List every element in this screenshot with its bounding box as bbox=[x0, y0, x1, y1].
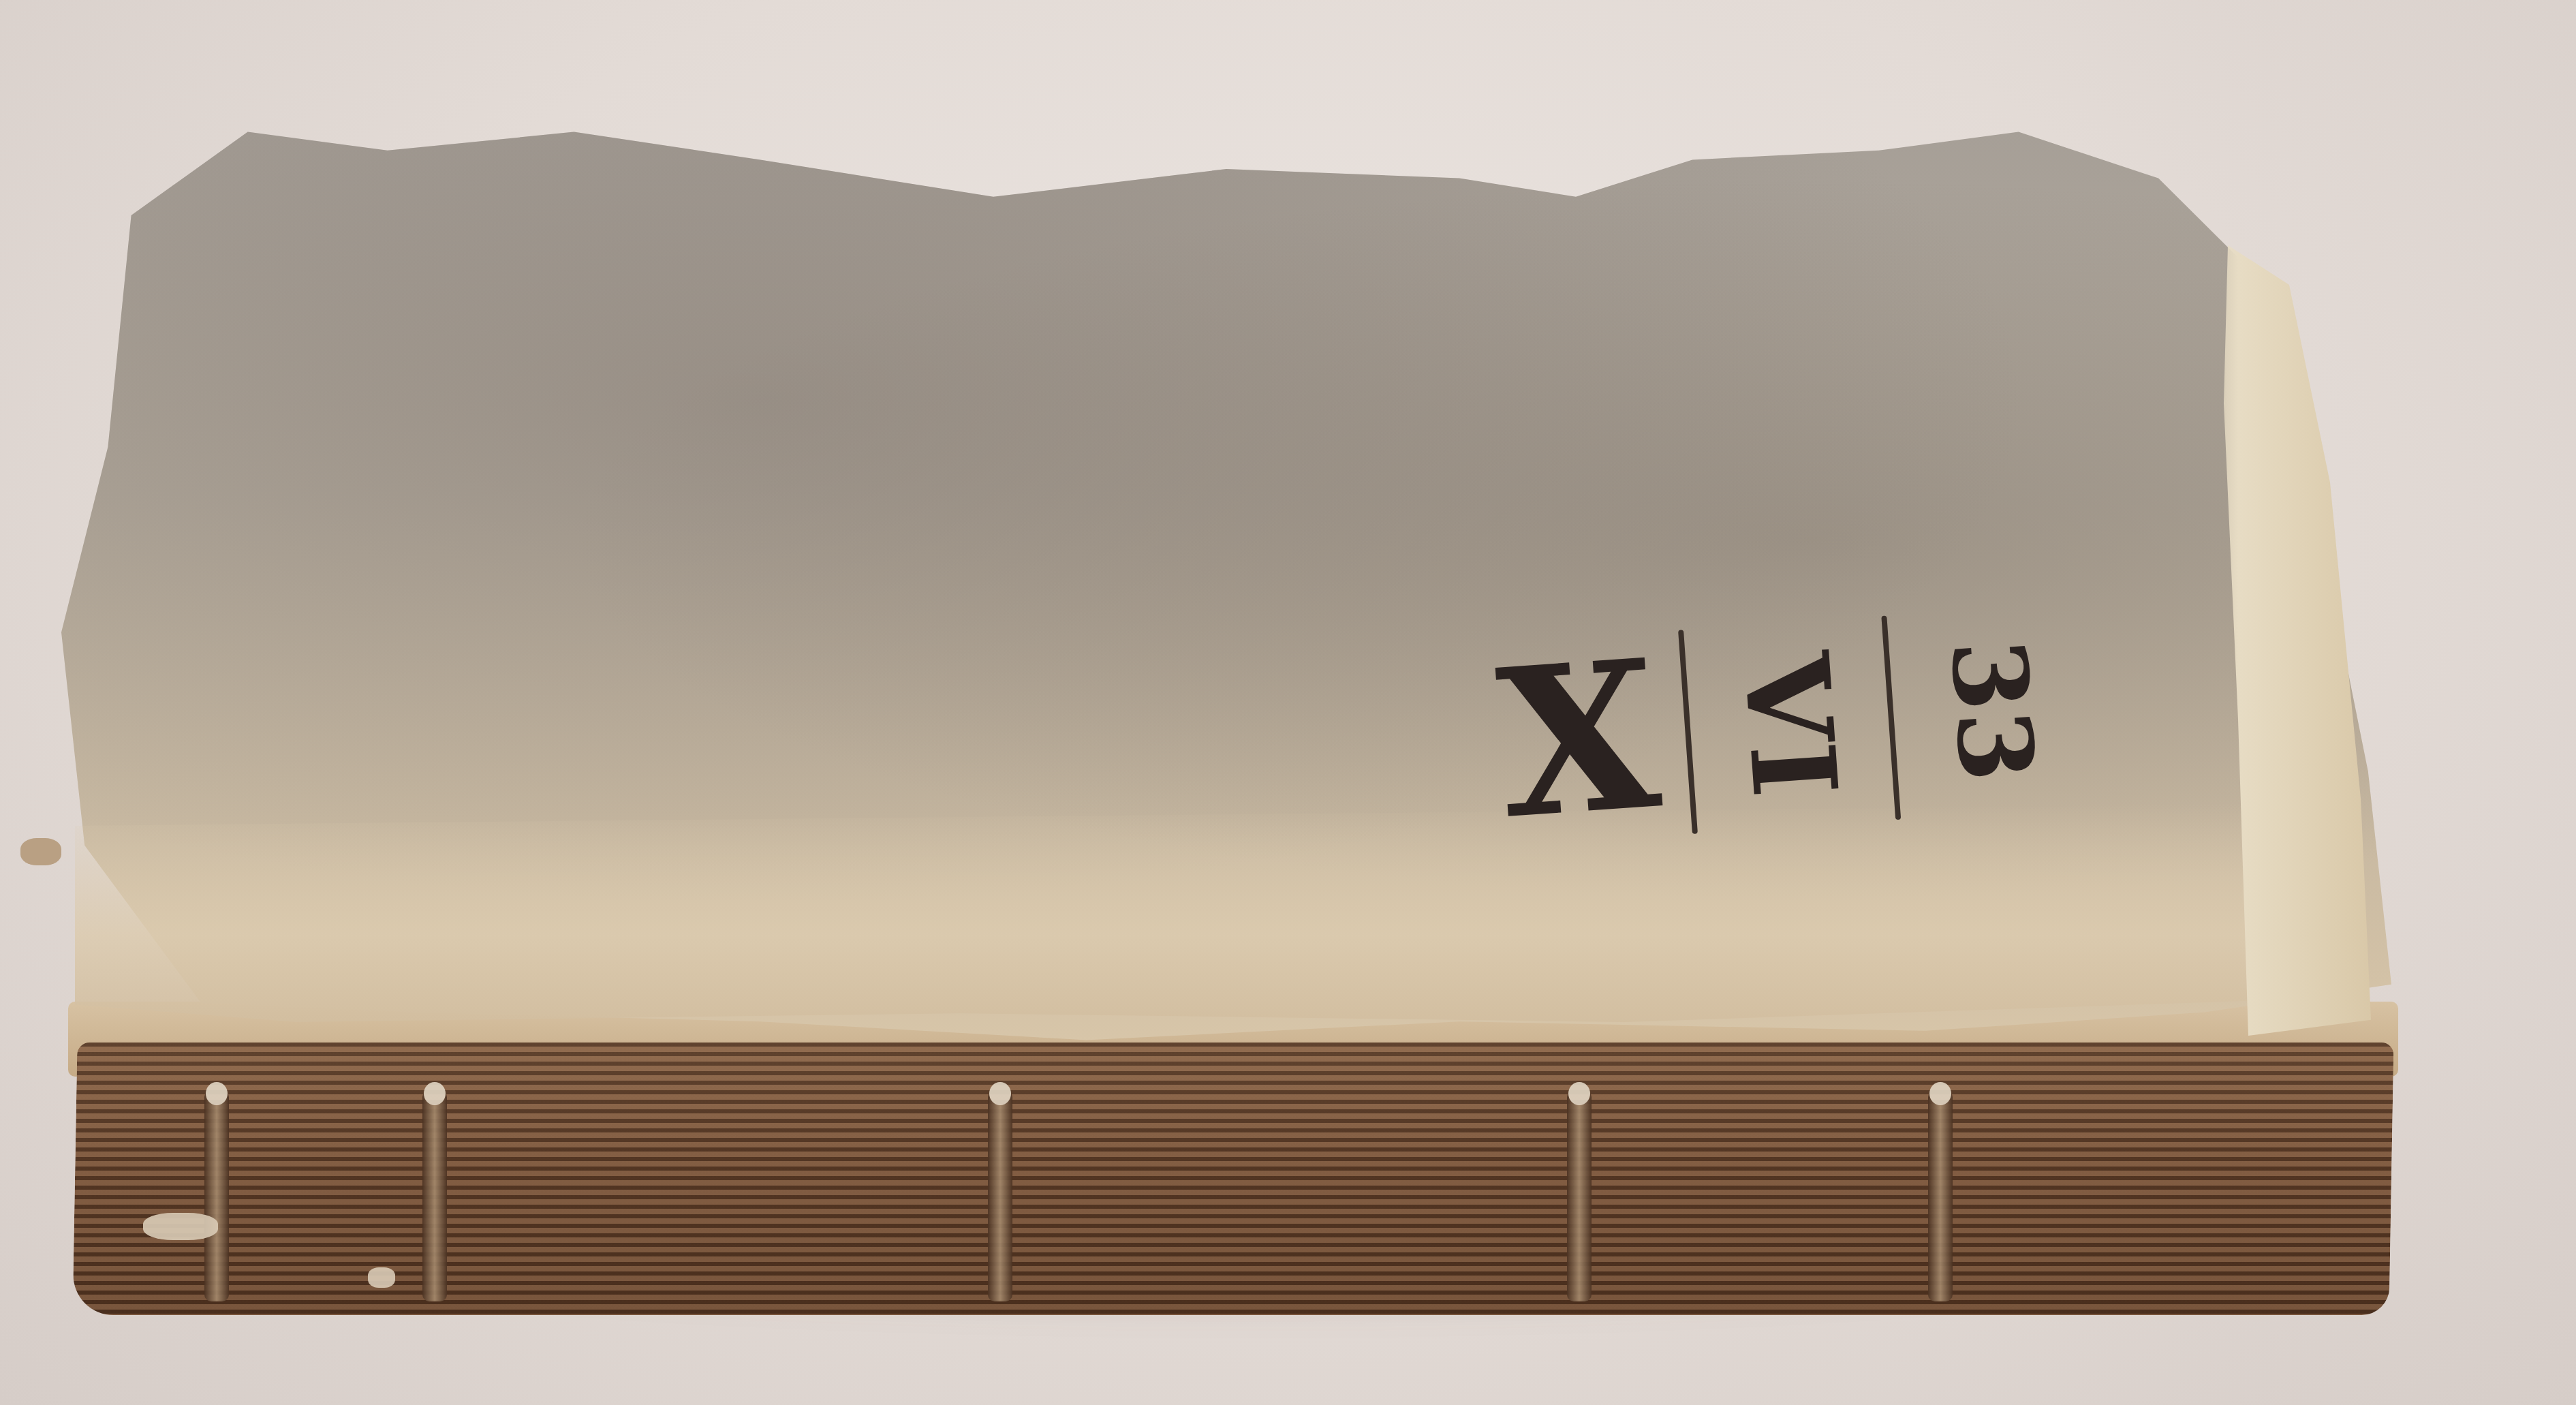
paper-fragment bbox=[368, 1267, 395, 1288]
cover-faded-band bbox=[75, 804, 2289, 1022]
spine-stitch bbox=[204, 1090, 229, 1301]
spine-stitch bbox=[422, 1090, 447, 1301]
stitch-knot bbox=[989, 1082, 1011, 1105]
shelfmark-part-1: X bbox=[1493, 632, 1665, 848]
shelfmark-part-3: 33 bbox=[1936, 636, 2048, 786]
spine-stitch bbox=[1928, 1090, 1953, 1301]
paper-fragment bbox=[20, 838, 61, 865]
shelfmark-part-2: VI bbox=[1726, 649, 1852, 801]
paper-fragment bbox=[143, 1213, 218, 1240]
spine-stitch bbox=[1567, 1090, 1592, 1301]
spine-stitch bbox=[988, 1090, 1012, 1301]
stitch-knot bbox=[1568, 1082, 1590, 1105]
stitch-knot bbox=[424, 1082, 446, 1105]
stitch-knot bbox=[206, 1082, 228, 1105]
shelfmark-inscription: X VI 33 bbox=[1491, 577, 2161, 867]
photo-scene: X VI 33 bbox=[0, 0, 2576, 1405]
stitch-knot bbox=[1929, 1082, 1951, 1105]
shelfmark-divider bbox=[1881, 615, 1901, 820]
book-spine-page-edges bbox=[73, 1043, 2394, 1315]
shelfmark-divider bbox=[1678, 630, 1698, 834]
